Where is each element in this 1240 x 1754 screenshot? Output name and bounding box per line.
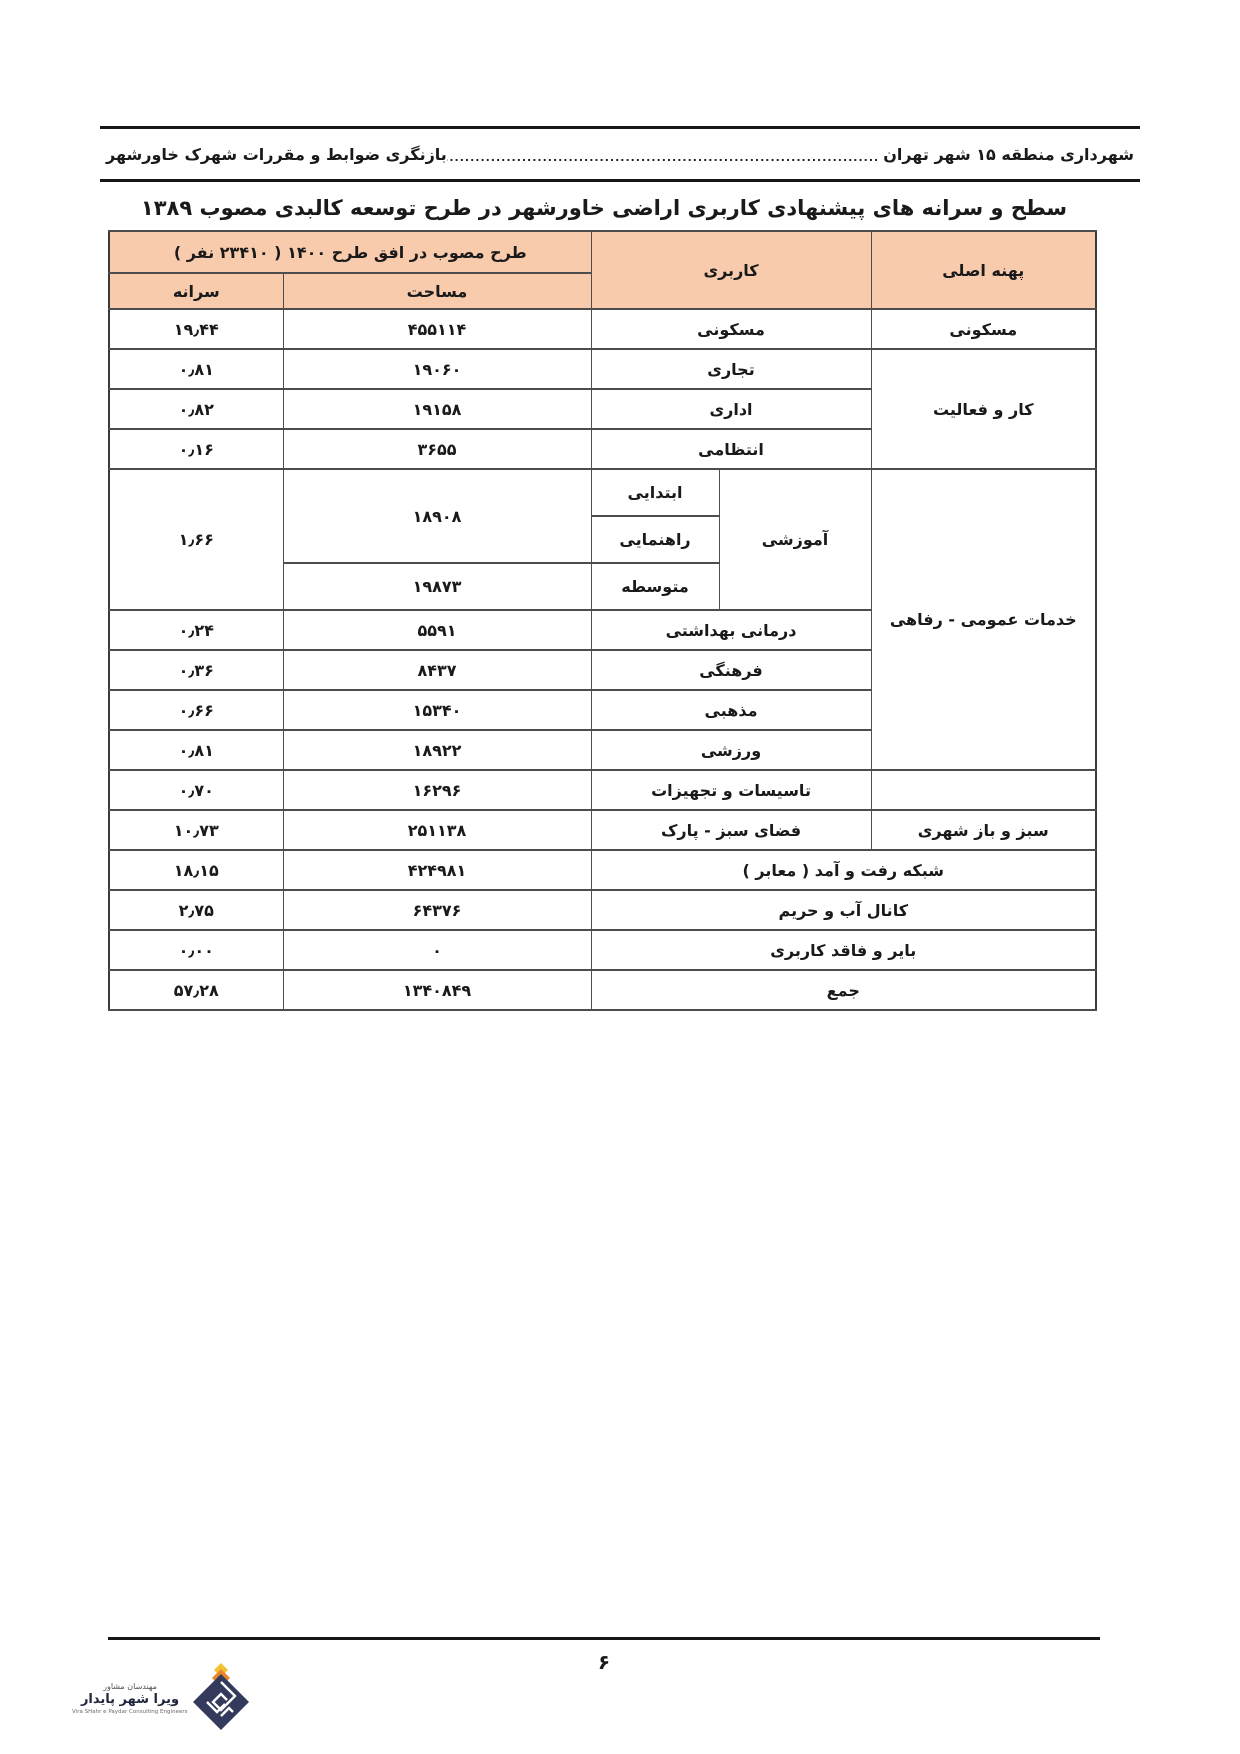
cell-use-educational: آموزشی: [719, 469, 871, 610]
logo-subtitle: Vira SHahr e Paydar Consulting Engineers: [72, 1708, 188, 1714]
cell-use-elementary: ابتدایی: [591, 469, 719, 516]
header-right-text: شهرداری منطقه ۱۵ شهر تهران: [883, 145, 1134, 164]
cell-area-total: ۱۳۴۰۸۴۹: [283, 970, 591, 1010]
table-row: خدمات عمومی - رفاهی آموزشی ابتدایی ۱۸۹۰۸…: [109, 469, 1096, 516]
cell-capita-health: ۰٫۲۴: [109, 610, 283, 650]
cell-use-residential: مسکونی: [591, 309, 871, 349]
cell-capita-facilities: ۰٫۷۰: [109, 770, 283, 810]
cell-use-barren: بایر و فاقد کاربری: [591, 930, 1096, 970]
cell-capita-police: ۰٫۱۶: [109, 429, 283, 469]
cell-use-cultural: فرهنگی: [591, 650, 871, 690]
header-dot-leader: ........................................…: [447, 145, 883, 164]
cell-zone-work: کار و فعالیت: [871, 349, 1096, 469]
table-row: تاسیسات و تجهیزات ۱۶۲۹۶ ۰٫۷۰: [109, 770, 1096, 810]
cell-area-commercial: ۱۹۰۶۰: [283, 349, 591, 389]
cell-area-barren: ۰: [283, 930, 591, 970]
cell-area-canal: ۶۴۳۷۶: [283, 890, 591, 930]
cell-use-administrative: اداری: [591, 389, 871, 429]
cell-use-health: درمانی بهداشتی: [591, 610, 871, 650]
landuse-table: پهنه اصلی کاربری طرح مصوب در افق طرح ۱۴۰…: [108, 230, 1097, 1011]
page-title: سطح و سرانه های پیشنهادی کاربری اراضی خا…: [108, 192, 1100, 224]
logo-diamond-icon: [190, 1660, 252, 1736]
table-row: کار و فعالیت تجاری ۱۹۰۶۰ ۰٫۸۱: [109, 349, 1096, 389]
cell-capita-administrative: ۰٫۸۲: [109, 389, 283, 429]
page-number: ۶: [108, 1650, 1100, 1674]
cell-capita-educational: ۱٫۶۶: [109, 469, 283, 610]
cell-area-green-space: ۲۵۱۱۳۸: [283, 810, 591, 850]
table-header-row-1: پهنه اصلی کاربری طرح مصوب در افق طرح ۱۴۰…: [109, 231, 1096, 273]
cell-capita-residential: ۱۹٫۴۴: [109, 309, 283, 349]
cell-capita-canal: ۲٫۷۵: [109, 890, 283, 930]
cell-use-police: انتظامی: [591, 429, 871, 469]
table-row: شبکه رفت و آمد ( معابر ) ۴۲۴۹۸۱ ۱۸٫۱۵: [109, 850, 1096, 890]
cell-use-religious: مذهبی: [591, 690, 871, 730]
cell-zone-utilities: [871, 770, 1096, 810]
cell-area-police: ۳۶۵۵: [283, 429, 591, 469]
cell-capita-network: ۱۸٫۱۵: [109, 850, 283, 890]
cell-area-network: ۴۲۴۹۸۱: [283, 850, 591, 890]
table-row: کانال آب و حریم ۶۴۳۷۶ ۲٫۷۵: [109, 890, 1096, 930]
cell-use-green-space: فضای سبز - پارک: [591, 810, 871, 850]
cell-area-sports: ۱۸۹۲۲: [283, 730, 591, 770]
logo-tagline: مهندسان مشاور: [103, 1682, 157, 1691]
table-row: جمع ۱۳۴۰۸۴۹ ۵۷٫۲۸: [109, 970, 1096, 1010]
table-row: سبز و باز شهری فضای سبز - پارک ۲۵۱۱۳۸ ۱۰…: [109, 810, 1096, 850]
logo-text-block: مهندسان مشاور ویرا شهر پایدار Vira SHahr…: [74, 1682, 186, 1715]
cell-use-commercial: تجاری: [591, 349, 871, 389]
cell-use-network: شبکه رفت و آمد ( معابر ): [591, 850, 1096, 890]
cell-capita-religious: ۰٫۶۶: [109, 690, 283, 730]
cell-zone-services: خدمات عمومی - رفاهی: [871, 469, 1096, 770]
logo-company-name: ویرا شهر پایدار: [81, 1692, 179, 1707]
cell-capita-cultural: ۰٫۳۶: [109, 650, 283, 690]
cell-capita-barren: ۰٫۰۰: [109, 930, 283, 970]
col-header-capita: سرانه: [109, 273, 283, 309]
document-page: شهرداری منطقه ۱۵ شهر تهران .............…: [0, 0, 1240, 1754]
cell-use-middle: راهنمایی: [591, 516, 719, 563]
cell-use-total: جمع: [591, 970, 1096, 1010]
cell-capita-green-space: ۱۰٫۷۳: [109, 810, 283, 850]
cell-area-health: ۵۵۹۱: [283, 610, 591, 650]
table-row: بایر و فاقد کاربری ۰ ۰٫۰۰: [109, 930, 1096, 970]
cell-area-cultural: ۸۴۳۷: [283, 650, 591, 690]
running-header: شهرداری منطقه ۱۵ شهر تهران .............…: [100, 126, 1140, 182]
cell-area-facilities: ۱۶۲۹۶: [283, 770, 591, 810]
cell-capita-commercial: ۰٫۸۱: [109, 349, 283, 389]
cell-area-elementary-middle: ۱۸۹۰۸: [283, 469, 591, 563]
cell-area-residential: ۴۵۵۱۱۴: [283, 309, 591, 349]
footer-rule: [108, 1637, 1100, 1640]
cell-area-administrative: ۱۹۱۵۸: [283, 389, 591, 429]
cell-use-secondary: متوسطه: [591, 563, 719, 610]
cell-area-secondary: ۱۹۸۷۳: [283, 563, 591, 610]
table-row: مسکونی مسکونی ۴۵۵۱۱۴ ۱۹٫۴۴: [109, 309, 1096, 349]
cell-zone-residential: مسکونی: [871, 309, 1096, 349]
cell-use-facilities: تاسیسات و تجهیزات: [591, 770, 871, 810]
company-logo: مهندسان مشاور ویرا شهر پایدار Vira SHahr…: [74, 1646, 254, 1750]
col-header-plan: طرح مصوب در افق طرح ۱۴۰۰ ( ۲۳۴۱۰ نفر ): [109, 231, 591, 273]
col-header-zone: پهنه اصلی: [871, 231, 1096, 309]
col-header-area: مساحت: [283, 273, 591, 309]
cell-use-canal: کانال آب و حریم: [591, 890, 1096, 930]
col-header-use: کاربری: [591, 231, 871, 309]
cell-zone-green: سبز و باز شهری: [871, 810, 1096, 850]
cell-capita-total: ۵۷٫۲۸: [109, 970, 283, 1010]
cell-capita-sports: ۰٫۸۱: [109, 730, 283, 770]
header-left-text: بازنگری ضوابط و مقررات شهرک خاورشهر: [106, 145, 447, 164]
cell-use-sports: ورزشی: [591, 730, 871, 770]
cell-area-religious: ۱۵۳۴۰: [283, 690, 591, 730]
